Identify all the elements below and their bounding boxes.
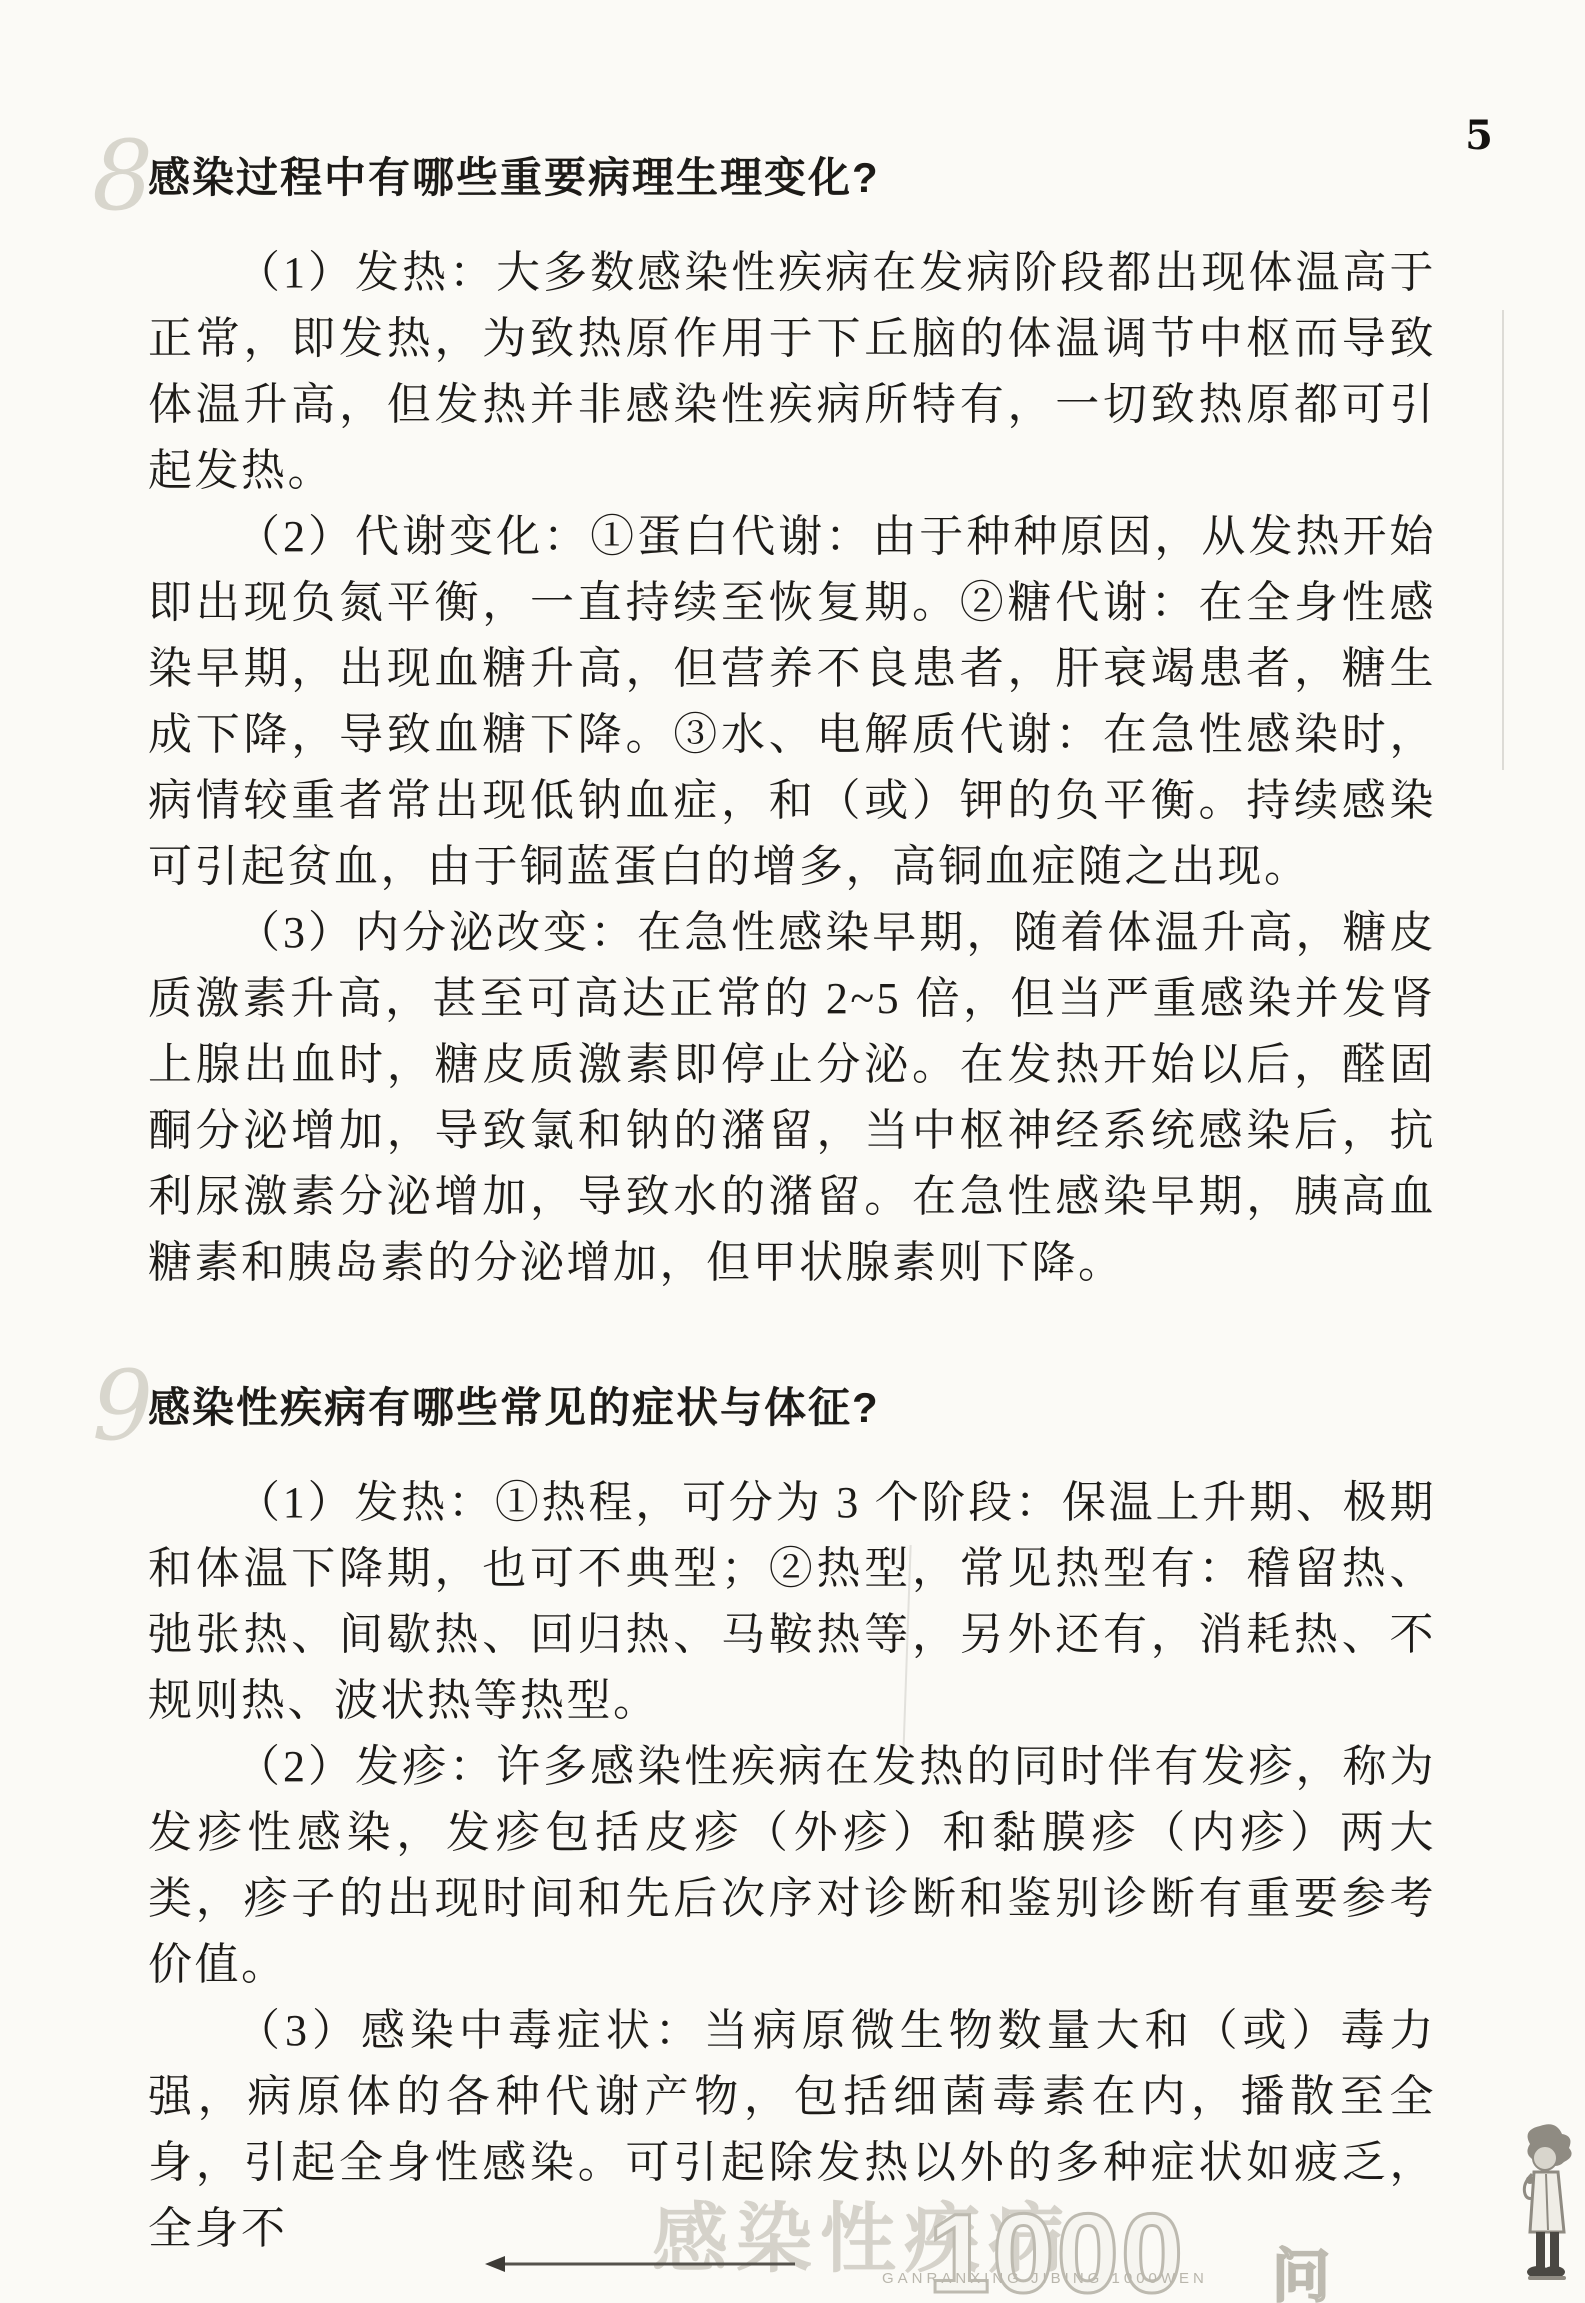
paragraph: （1）发热：①热程，可分为 3 个阶段：保温上升期、极期和体温下降期，也可不典型…: [148, 1470, 1436, 1734]
paragraph: （3）内分泌改变：在急性感染早期，随着体温升高，糖皮质激素升高，甚至可高达正常的…: [148, 900, 1436, 1296]
doctor-cartoon-icon: [1512, 2122, 1576, 2294]
section-number-watermark: 9: [92, 1358, 153, 1454]
section-8: 8 感染过程中有哪些重要病理生理变化? （1）发热：大多数感染性疾病在发病阶段都…: [148, 148, 1436, 1296]
section-heading: 感染过程中有哪些重要病理生理变化?: [148, 148, 1436, 208]
paragraph: （2）代谢变化：①蛋白代谢：由于种种原因，从发热开始即出现负氮平衡，一直持续至恢…: [148, 504, 1436, 900]
scan-crease-line: [1502, 310, 1504, 770]
paragraph: （3）感染中毒症状：当病原微生物数量大和（或）毒力强，病原体的各种代谢产物，包括…: [148, 1998, 1436, 2262]
series-pinyin-watermark: GANRANXING JIBING 1000WEN: [882, 2270, 1208, 2287]
book-page: 5 8 感染过程中有哪些重要病理生理变化? （1）发热：大多数感染性疾病在发病阶…: [0, 0, 1585, 2303]
section-heading: 感染性疾病有哪些常见的症状与体征?: [148, 1378, 1436, 1438]
paragraph: （1）发热：大多数感染性疾病在发病阶段都出现体温高于正常，即发热，为致热原作用于…: [148, 240, 1436, 504]
section-number-watermark: 8: [92, 128, 153, 224]
section-9: 9 感染性疾病有哪些常见的症状与体征? （1）发热：①热程，可分为 3 个阶段：…: [148, 1378, 1436, 2262]
page-content: 8 感染过程中有哪些重要病理生理变化? （1）发热：大多数感染性疾病在发病阶段都…: [148, 148, 1436, 2262]
paragraph: （2）发疹：许多感染性疾病在发热的同时伴有发疹，称为发疹性感染，发疹包括皮疹（外…: [148, 1734, 1436, 1998]
